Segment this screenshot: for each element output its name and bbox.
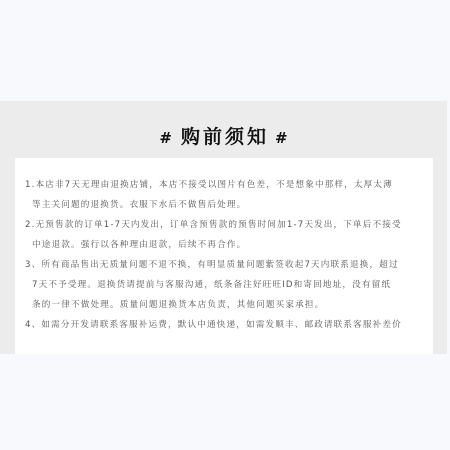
notice-title-text: 购前须知 bbox=[181, 126, 269, 148]
notice-line: 2.无预售款的订单1-7天内发出，订单含预售款的预售时间加1-7天发出，下单后不… bbox=[25, 215, 425, 235]
notice-line: 条的一律不做处理。质量问题退换货本店负责，其他问题买家承担。 bbox=[25, 295, 425, 315]
notice-line: 中途退款。强行以各种理由退款，后续不再合作。 bbox=[25, 235, 425, 255]
notice-line: 7天不予受理。退换货请提前与客服沟通，纸条备注好旺旺ID和寄回地址，没有留纸 bbox=[25, 275, 425, 295]
notice-line: 等主关问题的退换货。衣服下水后不做售后处理。 bbox=[25, 195, 425, 215]
notice-list: 1.本店非7天无理由退换店铺，本店不接受以图片有色差，不是想象中那样，太厚太薄 … bbox=[25, 175, 425, 335]
notice-line: 1.本店非7天无理由退换店铺，本店不接受以图片有色差，不是想象中那样，太厚太薄 bbox=[25, 175, 425, 195]
notice-title: #购前须知# bbox=[0, 124, 450, 151]
hash-icon: # bbox=[275, 129, 291, 147]
hash-icon: # bbox=[159, 129, 175, 147]
notice-line: 3、所有商品售出无质量问题不退不换，有明显质量问题紫签收起7天内联系退换，超过 bbox=[25, 255, 425, 275]
product-detail-page: #购前须知# 1.本店非7天无理由退换店铺，本店不接受以图片有色差，不是想象中那… bbox=[0, 0, 450, 450]
notice-line: 4、如需分开发请联系客服补运费，默认中通快递，如需发顺丰、邮政请联系客服补差价 bbox=[25, 315, 425, 335]
